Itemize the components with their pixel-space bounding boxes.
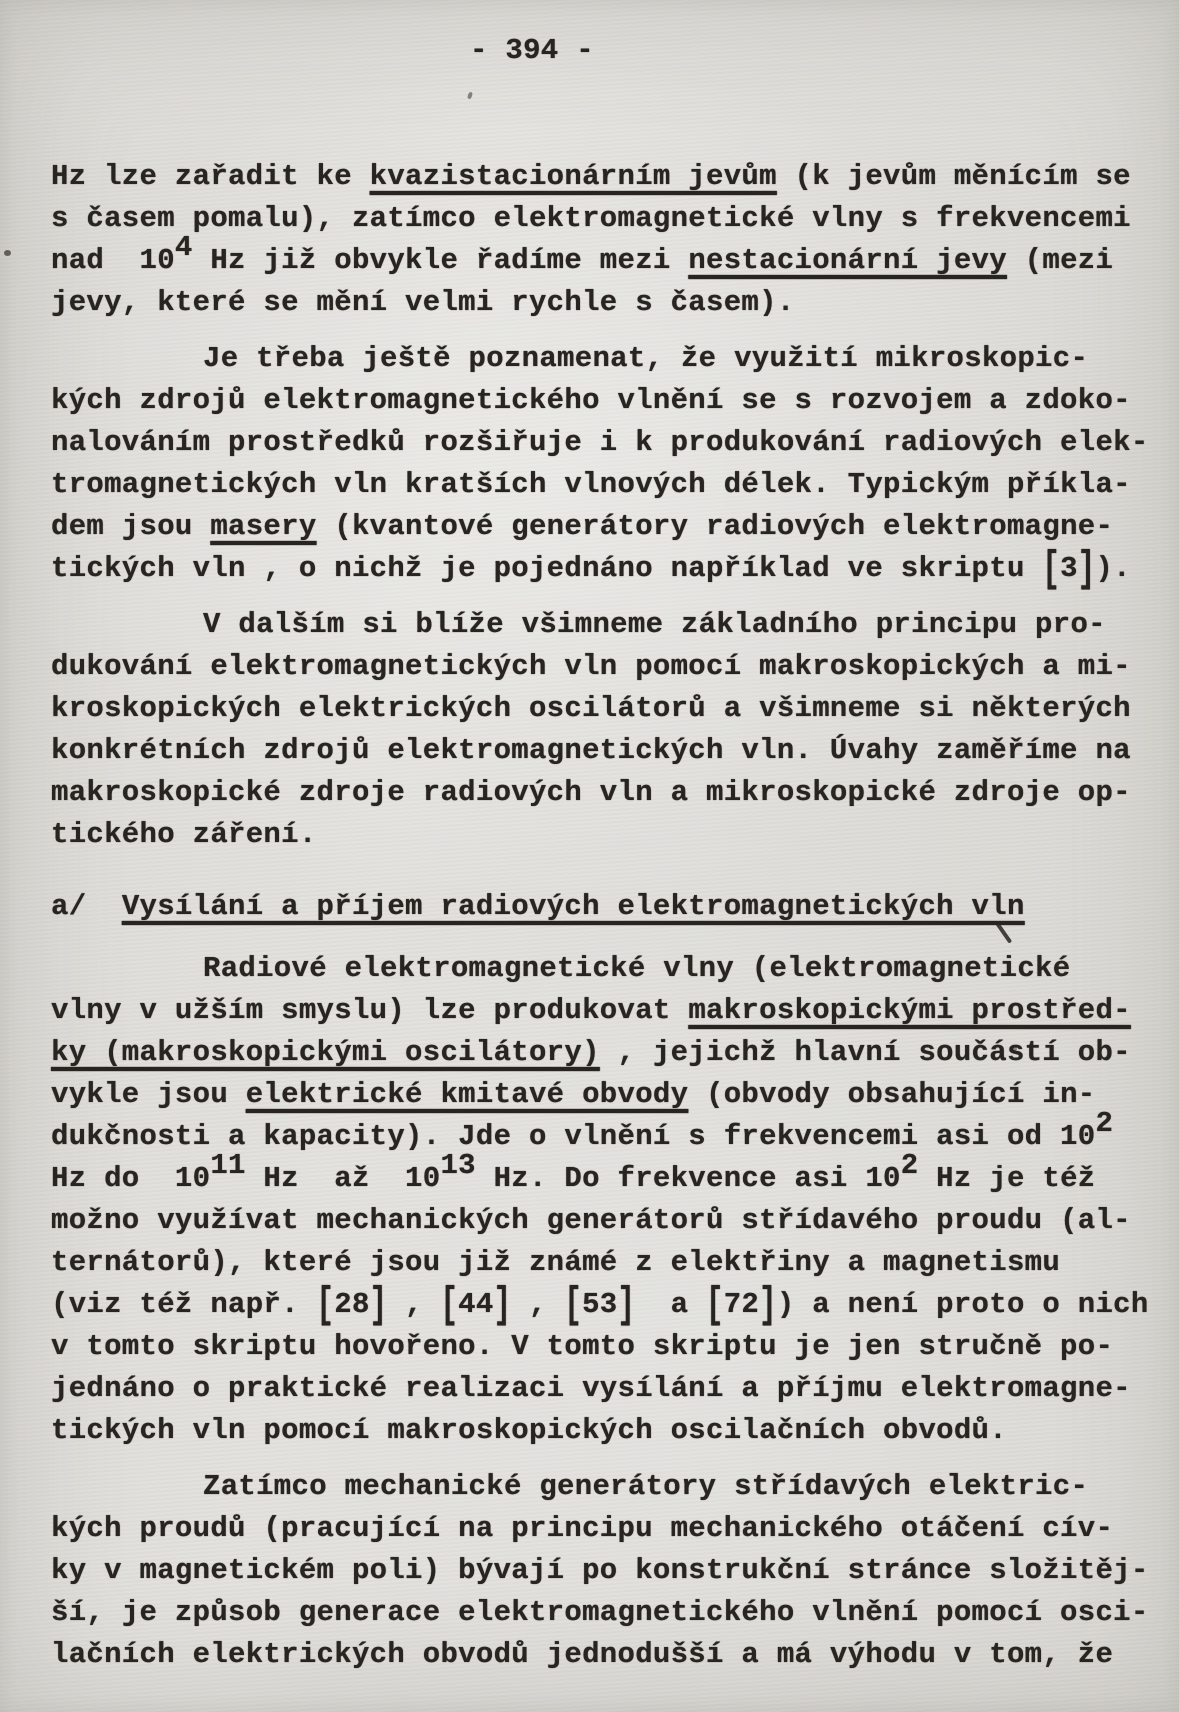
bracket-glyph: ] xyxy=(494,1274,512,1337)
text-line: ší, je způsob generace elektromagnetické… xyxy=(51,1592,1161,1634)
section-heading: a/ Vysílání a příjem radiových elektroma… xyxy=(51,886,1161,928)
text-run: kroskopických elektrických oscilátorů a … xyxy=(51,692,1131,725)
document-body: Hz lze zařadit ke kvazistacionárním jevů… xyxy=(51,156,1161,1676)
scan-speck xyxy=(467,92,473,100)
text-line: kých zdrojů elektromagnetického vlnění s… xyxy=(51,380,1161,422)
bracket-glyph: ] xyxy=(370,1274,388,1337)
text-line: jednáno o praktické realizaci vysílání a… xyxy=(51,1368,1161,1410)
text-line: ky v magnetickém poli) bývají po konstru… xyxy=(51,1550,1161,1592)
citation-ref: [72] xyxy=(706,1288,777,1321)
scanned-page: - 394 - Hz lze zařadit ke kvazistacionár… xyxy=(0,0,1179,1712)
text-line: s časem pomalu), zatímco elektromagnetic… xyxy=(51,198,1161,240)
scan-speck xyxy=(1100,251,1104,255)
text-run: kých zdrojů elektromagnetického vlnění s… xyxy=(51,384,1131,417)
citation-number: 72 xyxy=(724,1288,759,1321)
text-line: a/ Vysílání a příjem radiových elektroma… xyxy=(51,886,1161,928)
text-line: ternátorů), které jsou již známé z elekt… xyxy=(51,1242,1161,1284)
text-run: Je třeba ještě poznamenat, že využití mi… xyxy=(203,342,1088,375)
text-run: Hz již obvykle řadíme mezi xyxy=(193,244,689,277)
citation-ref: [28] xyxy=(317,1288,388,1321)
bracket-glyph: ] xyxy=(1078,538,1096,601)
text-line: dukování elektromagnetických vln pomocí … xyxy=(51,646,1161,688)
text-run: tických vln , o nichž je pojednáno napří… xyxy=(51,552,1042,585)
text-line: kých proudů (pracující na principu mecha… xyxy=(51,1508,1161,1550)
text-run: možno využívat mechanických generátorů s… xyxy=(51,1204,1131,1237)
text-run: ) a není proto o nich xyxy=(777,1288,1149,1321)
citation-number: 53 xyxy=(582,1288,617,1321)
text-line: tického záření. xyxy=(51,814,1161,856)
text-run: Hz. Do frekvence asi 10 xyxy=(476,1162,901,1195)
text-line: Zatímco mechanické generátory střídavých… xyxy=(51,1466,1161,1508)
bracket-glyph: ] xyxy=(618,1274,636,1337)
text-line: kroskopických elektrických oscilátorů a … xyxy=(51,688,1161,730)
text-line: možno využívat mechanických generátorů s… xyxy=(51,1200,1161,1242)
text-line: Radiové elektromagnetické vlny (elektrom… xyxy=(51,948,1161,990)
text-line: V dalším si blíže všimneme základního pr… xyxy=(51,604,1161,646)
text-run: s časem pomalu), zatímco elektromagnetic… xyxy=(51,202,1131,235)
text-run: jednáno o praktické realizaci vysílání a… xyxy=(51,1372,1131,1405)
text-run: nalováním prostředků rozšiřuje i k produ… xyxy=(51,426,1149,459)
paragraph: Je třeba ještě poznamenat, že využití mi… xyxy=(51,338,1161,590)
text-run: Hz je též xyxy=(918,1162,1095,1195)
text-line: dem jsou masery (kvantové generátory rad… xyxy=(51,506,1161,548)
bracket-glyph: [ xyxy=(1042,538,1060,601)
text-line: v tomto skriptu hovořeno. V tomto skript… xyxy=(51,1326,1161,1368)
text-line: Hz lze zařadit ke kvazistacionárním jevů… xyxy=(51,156,1161,198)
text-line: tických vln , o nichž je pojednáno napří… xyxy=(51,548,1161,590)
text-run: (mezi xyxy=(1007,244,1113,277)
text-run: vlny v užším smyslu) lze produkovat xyxy=(51,994,688,1027)
text-line: makroskopické zdroje radiových vln a mik… xyxy=(51,772,1161,814)
text-line: lačních elektrických obvodů jednodušší a… xyxy=(51,1634,1161,1676)
text-run: V dalším si blíže všimneme základního pr… xyxy=(203,608,1106,641)
underlined-text: makroskopickými prostřed- xyxy=(688,994,1131,1027)
text-run: Hz do 10 xyxy=(51,1162,210,1195)
text-line: Hz do 1011 Hz až 1013 Hz. Do frekvence a… xyxy=(51,1158,1161,1200)
bracket-glyph: [ xyxy=(706,1274,724,1337)
scan-speck xyxy=(4,250,11,256)
text-run: konkrétních zdrojů elektromagnetických v… xyxy=(51,734,1131,767)
citation-number: 44 xyxy=(458,1288,493,1321)
text-run: ší, je způsob generace elektromagnetické… xyxy=(51,1596,1149,1629)
text-run: tického záření. xyxy=(51,818,317,851)
text-run: jevy, které se mění velmi rychle s časem… xyxy=(51,286,795,319)
text-line: jevy, které se mění velmi rychle s časem… xyxy=(51,282,1161,324)
text-run: dem jsou xyxy=(51,510,210,543)
text-run: (viz též např. xyxy=(51,1288,317,1321)
bracket-glyph: [ xyxy=(317,1274,335,1337)
text-run: Hz až 10 xyxy=(246,1162,441,1195)
text-run: a/ xyxy=(51,890,122,923)
underlined-text: ky (makroskopickými oscilátory) xyxy=(51,1036,600,1069)
text-line: (viz též např. [28] , [44] , [53] a [72]… xyxy=(51,1284,1161,1326)
text-run: (obvody obsahující in- xyxy=(688,1078,1095,1111)
paragraph: Hz lze zařadit ke kvazistacionárním jevů… xyxy=(51,156,1161,324)
superscript: 13 xyxy=(440,1145,475,1187)
text-run: dukování elektromagnetických vln pomocí … xyxy=(51,650,1131,683)
text-run: , xyxy=(387,1288,440,1321)
text-run: tromagnetických vln kratších vlnových dé… xyxy=(51,468,1131,501)
text-run: nad 10 xyxy=(51,244,175,277)
text-line: tromagnetických vln kratších vlnových dé… xyxy=(51,464,1161,506)
citation-number: 28 xyxy=(334,1288,369,1321)
text-run: ). xyxy=(1095,552,1130,585)
underlined-text: elektrické kmitavé obvody xyxy=(246,1078,689,1111)
text-run: kých proudů (pracující na principu mecha… xyxy=(51,1512,1113,1545)
text-run: Radiové elektromagnetické vlny (elektrom… xyxy=(203,952,1070,985)
underlined-text: Vysílání a příjem radiových elektromagne… xyxy=(122,890,1025,923)
citation-ref: [3] xyxy=(1042,552,1095,585)
text-run: lačních elektrických obvodů jednodušší a… xyxy=(51,1638,1113,1671)
superscript: 11 xyxy=(210,1145,245,1187)
bracket-glyph: [ xyxy=(440,1274,458,1337)
text-run: makroskopické zdroje radiových vln a mik… xyxy=(51,776,1131,809)
text-line: ky (makroskopickými oscilátory) , jejich… xyxy=(51,1032,1161,1074)
bracket-glyph: [ xyxy=(564,1274,582,1337)
underlined-text: nestacionární jevy xyxy=(688,244,1007,277)
text-run: dukčnosti a kapacity). Jde o vlnění s fr… xyxy=(51,1120,1095,1153)
superscript: 4 xyxy=(175,227,193,269)
citation-ref: [44] xyxy=(440,1288,511,1321)
text-line: vlny v užším smyslu) lze produkovat makr… xyxy=(51,990,1161,1032)
paragraph: Radiové elektromagnetické vlny (elektrom… xyxy=(51,948,1161,1452)
superscript: 2 xyxy=(901,1145,919,1187)
text-line: nad 104 Hz již obvykle řadíme mezi nesta… xyxy=(51,240,1161,282)
text-run: tických vln pomocí makroskopických oscil… xyxy=(51,1414,1007,1447)
paragraph: Zatímco mechanické generátory střídavých… xyxy=(51,1466,1161,1676)
text-line: konkrétních zdrojů elektromagnetických v… xyxy=(51,730,1161,772)
text-run: vykle jsou xyxy=(51,1078,246,1111)
superscript: 2 xyxy=(1095,1103,1113,1145)
text-run: Zatímco mechanické generátory střídavých… xyxy=(203,1470,1088,1503)
citation-number: 3 xyxy=(1060,552,1078,585)
text-line: nalováním prostředků rozšiřuje i k produ… xyxy=(51,422,1161,464)
page-number: - 394 - xyxy=(470,34,594,67)
underlined-text: kvazistacionárním jevům xyxy=(370,160,777,193)
text-run: ky v magnetickém poli) bývají po konstru… xyxy=(51,1554,1149,1587)
text-run: , xyxy=(511,1288,564,1321)
text-line: tických vln pomocí makroskopických oscil… xyxy=(51,1410,1161,1452)
bracket-glyph: ] xyxy=(759,1274,777,1337)
text-line: Je třeba ještě poznamenat, že využití mi… xyxy=(51,338,1161,380)
text-run: ternátorů), které jsou již známé z elekt… xyxy=(51,1246,1060,1279)
text-run: a xyxy=(635,1288,706,1321)
text-run: (k jevům měnícím se xyxy=(777,160,1131,193)
scan-speck xyxy=(1013,1046,1017,1051)
citation-ref: [53] xyxy=(564,1288,635,1321)
text-run: Hz lze zařadit ke xyxy=(51,160,370,193)
underlined-text: masery xyxy=(210,510,316,543)
paragraph: V dalším si blíže všimneme základního pr… xyxy=(51,604,1161,856)
text-line: vykle jsou elektrické kmitavé obvody (ob… xyxy=(51,1074,1161,1116)
text-run: (kvantové generátory radiových elektroma… xyxy=(317,510,1114,543)
text-run: , jejichž hlavní součástí ob- xyxy=(600,1036,1131,1069)
